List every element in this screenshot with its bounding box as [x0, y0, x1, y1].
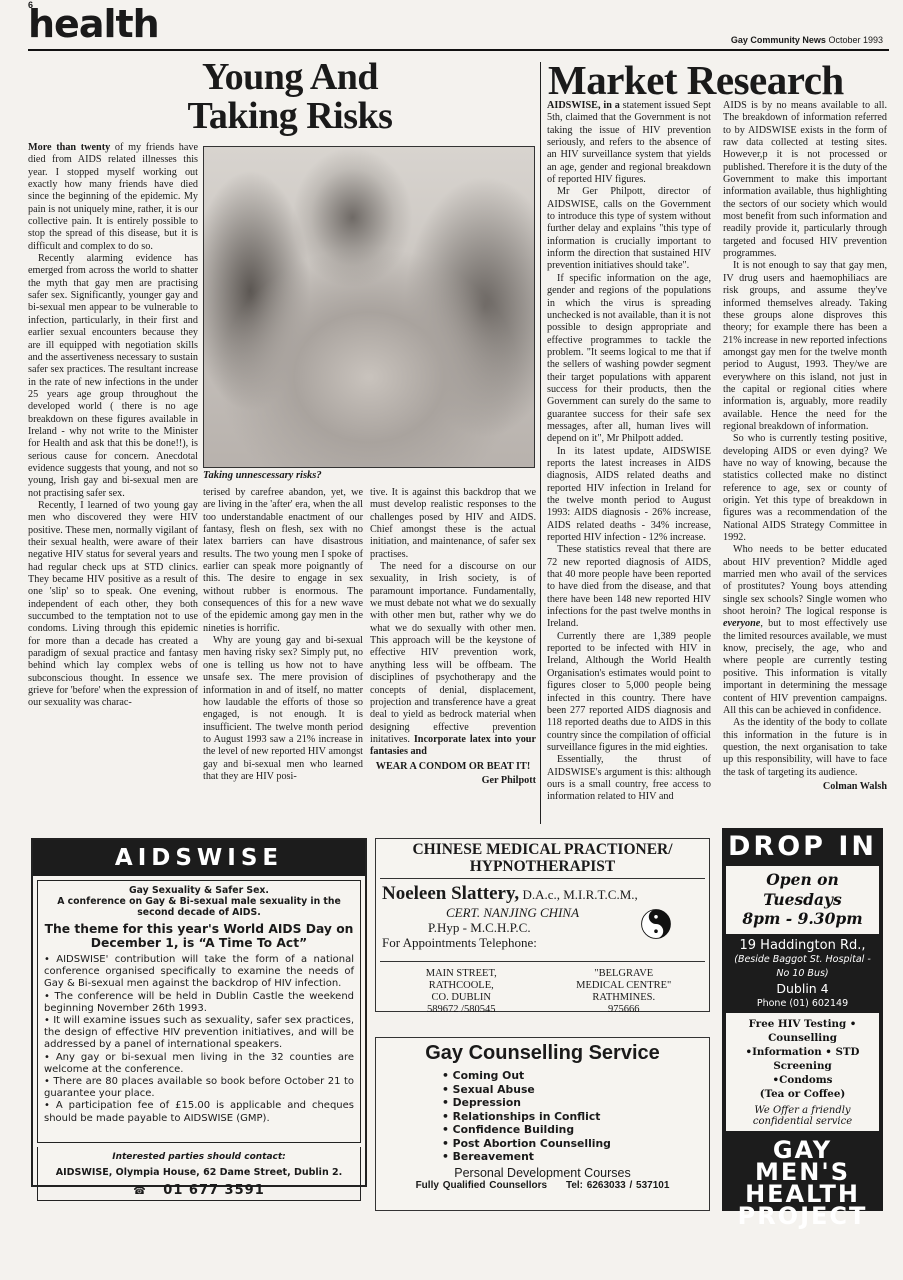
service-line: Free HIV Testing • Counselling [726, 1017, 879, 1045]
paragraph: It is not enough to say that gay men, IV… [723, 260, 887, 433]
bullet-item: • It will examine issues such as sexuali… [44, 1015, 354, 1052]
service-line: •Condoms [726, 1073, 879, 1087]
bullet-text: Any gay or bi-sexual men living in the 3… [44, 1052, 354, 1075]
bullet-item: • Any gay or bi-sexual men living in the… [44, 1052, 354, 1076]
aidswise-advert: AIDSWISE Gay Sexuality & Safer Sex. A co… [31, 838, 367, 1187]
address-line: (Beside Baggot St. Hospital - [722, 953, 883, 967]
address-line: RATHMINES. [543, 992, 706, 1004]
byline: Ger Philpott [370, 775, 536, 787]
section-title: health [28, 4, 159, 44]
paragraph: So who is currently testing positive, de… [723, 433, 887, 544]
paragraph-text: of my friends have died from AIDS relate… [28, 142, 198, 252]
paragraph-text: Who needs to be better educated about HI… [723, 544, 887, 617]
phone-number: 01 677 3591 [163, 1183, 264, 1198]
opening-hours: Open on Tuesdays 8pm - 9.30pm [726, 866, 879, 934]
service-item: Confidence Building [442, 1123, 709, 1137]
yin-yang-icon [641, 909, 671, 939]
phone-number: Tel: 6263033 / 537101 [566, 1180, 669, 1191]
practitioner-name: Noeleen Slattery, D.A.c., M.I.R.T.C.M., [382, 883, 709, 905]
paragraph: In its latest update, AIDSWISE reports t… [547, 446, 711, 545]
service-item: Depression [442, 1096, 709, 1110]
offer-line: We Offer a friendly confidential service [726, 1105, 879, 1127]
hours-line: 8pm - 9.30pm [726, 909, 879, 929]
issue-date: October 1993 [828, 35, 883, 45]
article-left-column-3: tive. It is against this backdrop that w… [370, 487, 536, 787]
drop-in-advert: DROP IN Open on Tuesdays 8pm - 9.30pm 19… [722, 828, 883, 1211]
bullet-item: • There are 80 places available so book … [44, 1076, 354, 1100]
lead-in: More than twenty [28, 142, 110, 153]
paragraph: Currently there are 1,389 people reporte… [547, 631, 711, 754]
address-line: "BELGRAVE [543, 968, 706, 980]
byline: Colman Walsh [723, 781, 887, 793]
service-line: (Tea or Coffee) [726, 1087, 879, 1101]
aidswise-contact: Interested parties should contact: AIDSW… [37, 1147, 361, 1201]
phone-number: 975666 [543, 1004, 706, 1016]
phone-number: 589672 /580545 [380, 1004, 543, 1016]
article-headline-young-and-taking-risks: Young And Taking Risks [150, 58, 430, 136]
contact-address: AIDSWISE, Olympia House, 62 Dame Street,… [38, 1167, 360, 1178]
address-line: RATHCOOLE, [380, 980, 543, 992]
clinic-locations: MAIN STREET, RATHCOOLE, CO. DUBLIN 58967… [380, 961, 705, 1016]
service-item: Sexual Abuse [442, 1083, 709, 1097]
paragraph: tive. It is against this backdrop that w… [370, 487, 536, 561]
bullet-item: • AIDSWISE' contribution will take the f… [44, 954, 354, 991]
ad-heading: CHINESE MEDICAL PRACTIONER/ HYPNOTHERAPI… [380, 839, 705, 879]
paragraph: Who needs to be better educated about HI… [723, 544, 887, 717]
phone-number: Phone (01) 602149 [722, 996, 883, 1011]
paragraph: terised by carefree abandon, yet, we are… [203, 487, 363, 635]
headline-line: Taking Risks [150, 97, 430, 136]
paragraph-text: tive. It is against this backdrop that w… [370, 487, 536, 560]
paragraph: Recently, I learned of two young gay men… [28, 500, 198, 710]
ad-heading: Gay Counselling Service [376, 1042, 709, 1065]
masthead: Gay Community News October 1993 [731, 35, 883, 45]
column-divider [540, 62, 541, 824]
conference-subtitle: A conference on Gay & Bi-sexual male sex… [44, 896, 354, 918]
paragraph: AIDS is by no means available to all. Th… [723, 100, 887, 260]
paragraph-text: statement issued Sept 5th, claimed that … [547, 100, 711, 185]
service-item: Post Abortion Counselling [442, 1137, 709, 1151]
bullet-text: A participation fee of £15.00 is applica… [44, 1100, 354, 1123]
paragraph: The need for a discourse on our sexualit… [370, 561, 536, 759]
paragraph: Why are young gay and bi-sexual men havi… [203, 635, 363, 783]
service-item: Coming Out [442, 1069, 709, 1083]
address-line: MEDICAL CENTRE" [543, 980, 706, 992]
emphasis: everyone [723, 618, 760, 629]
paragraph: Recently alarming evidence has emerged f… [28, 253, 198, 500]
closing-slogan: WEAR A CONDOM OR BEAT IT! [370, 761, 536, 773]
address-line: 19 Haddington Rd., [722, 938, 883, 953]
contact-phone: ☎ 01 677 3591 [38, 1183, 360, 1198]
aidswise-banner: AIDSWISE [33, 840, 365, 876]
gay-counselling-advert: Gay Counselling Service Coming Out Sexua… [375, 1037, 710, 1211]
qualifications: D.A.c., M.I.R.T.C.M., [519, 887, 638, 902]
service-item: Relationships in Conflict [442, 1110, 709, 1124]
bullet-item: • A participation fee of £15.00 is appli… [44, 1100, 354, 1124]
paragraph: AIDSWISE, in a statement issued Sept 5th… [547, 100, 711, 186]
paragraph: If specific information on the age, gend… [547, 273, 711, 446]
logo-line: PROJECT [722, 1205, 883, 1227]
courses-line: Personal Development Courses [376, 1166, 709, 1180]
drop-in-address: 19 Haddington Rd., (Beside Baggot St. Ho… [722, 934, 883, 1013]
contact-line: Fully Qualified Counsellors Tel: 6263033… [376, 1180, 709, 1191]
bullet-text: It will examine issues such as sexuality… [44, 1015, 354, 1050]
drop-in-services: Free HIV Testing • Counselling •Informat… [726, 1013, 879, 1131]
publication-name: Gay Community News [731, 35, 826, 45]
article-left-column-2: terised by carefree abandon, yet, we are… [203, 487, 363, 783]
conference-bullets: • AIDSWISE' contribution will take the f… [44, 954, 354, 1125]
contact-label: Interested parties should contact: [38, 1152, 360, 1162]
hours-line: Tuesdays [726, 890, 879, 910]
bullet-item: • The conference will be held in Dublin … [44, 991, 354, 1015]
bullet-text: There are 80 places available so book be… [44, 1076, 354, 1099]
service-line: •Information • STD Screening [726, 1045, 879, 1073]
paragraph: These statistics reveal that there are 7… [547, 544, 711, 630]
article-right-column-2: AIDS is by no means available to all. Th… [723, 100, 887, 793]
article-right-column-1: AIDSWISE, in a statement issued Sept 5th… [547, 100, 711, 804]
article-photo [203, 146, 535, 468]
location-rathcoole: MAIN STREET, RATHCOOLE, CO. DUBLIN 58967… [380, 968, 543, 1016]
address-line: MAIN STREET, [380, 968, 543, 980]
location-rathmines: "BELGRAVE MEDICAL CENTRE" RATHMINES. 975… [543, 968, 706, 1016]
photo-caption: Taking unnescessary risks? [203, 470, 322, 481]
heading-line: HYPNOTHERAPIST [380, 858, 705, 875]
services-list: Coming Out Sexual Abuse Depression Relat… [442, 1069, 709, 1164]
drop-in-banner: DROP IN [722, 828, 883, 866]
heading-line: CHINESE MEDICAL PRACTIONER/ [380, 841, 705, 858]
telephone-icon: ☎ [133, 1186, 146, 1197]
bullet-text: AIDSWISE' contribution will take the for… [44, 954, 354, 989]
paragraph: Mr Ger Philpott, director of AIDSWISE, c… [547, 186, 711, 272]
address-line: Dublin 4 [722, 981, 883, 996]
lead-in: AIDSWISE, in a [547, 100, 620, 111]
article-left-column-1: More than twenty of my friends have died… [28, 142, 198, 710]
headline-line: Young And [150, 58, 430, 97]
counsellors-text: Fully Qualified Counsellors [416, 1180, 547, 1191]
hours-line: Open on [726, 870, 879, 890]
service-item: Bereavement [442, 1150, 709, 1164]
gay-mens-health-project-logo: GAY MEN'S HEALTH PROJECT [722, 1131, 883, 1227]
address-line: CO. DUBLIN [380, 992, 543, 1004]
paragraph: More than twenty of my friends have died… [28, 142, 198, 253]
article-headline-market-research: Market Research [548, 58, 888, 102]
world-aids-day-theme: The theme for this year's World AIDS Day… [44, 922, 354, 950]
paragraph-text: , but to most effectively use the limite… [723, 618, 887, 715]
header-rule [28, 49, 889, 51]
paragraph: Essentially, the thrust of AIDSWISE's ar… [547, 754, 711, 803]
chinese-medical-advert: CHINESE MEDICAL PRACTIONER/ HYPNOTHERAPI… [375, 838, 710, 1012]
name-text: Noeleen Slattery, [382, 883, 519, 904]
address-line: No 10 Bus) [722, 967, 883, 981]
conference-title: Gay Sexuality & Safer Sex. [44, 885, 354, 896]
aidswise-details: Gay Sexuality & Safer Sex. A conference … [37, 880, 361, 1143]
bullet-text: The conference will be held in Dublin Ca… [44, 991, 354, 1014]
paragraph-text: The need for a discourse on our sexualit… [370, 561, 536, 745]
paragraph: As the identity of the body to collate t… [723, 717, 887, 779]
